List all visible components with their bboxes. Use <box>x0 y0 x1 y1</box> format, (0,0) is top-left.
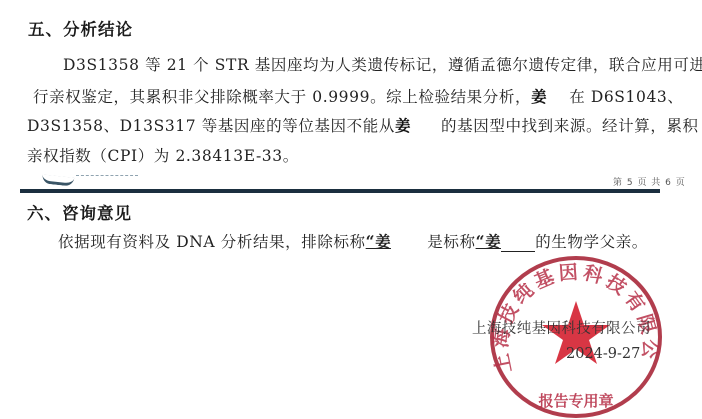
page-header-strip <box>0 160 702 200</box>
section-heading-advice: 六、咨询意见 <box>27 200 132 224</box>
redacted-name: 姜 <box>531 87 547 106</box>
conclusion-line-3: D3S1358、D13S317 等基因座的等位基因不能从姜__的基因型中找到来源… <box>27 114 699 136</box>
redaction-mask: __ <box>547 88 569 106</box>
advice-text: 是标称 <box>427 233 475 251</box>
signing-company: 上海技纯基因科技有限公司 <box>472 317 651 338</box>
signing-date: 2024-9-27 <box>566 346 640 362</box>
redaction-mask: __ <box>411 117 441 135</box>
company-logo-text <box>76 175 138 179</box>
redacted-name: “姜 <box>476 232 502 251</box>
conclusion-text: 的基因型中找到来源。经计算，累积 <box>441 117 699 135</box>
conclusion-text: D3S1358、D13S317 等基因座的等位基因不能从 <box>27 117 395 135</box>
header-divider <box>20 189 660 193</box>
advice-text: 的生物学父亲。 <box>535 233 648 251</box>
section-heading-conclusion: 五、分析结论 <box>28 16 133 40</box>
advice-text: 依据现有资料及 DNA 分析结果，排除标称 <box>58 233 366 251</box>
conclusion-text: 行亲权鉴定，其累积非父排除概率大于 0.9999。综上检验结果分析， <box>33 88 531 106</box>
advice-line-1: 依据现有资料及 DNA 分析结果，排除标称“姜__是标称“姜__的生物学父亲。 <box>58 230 648 252</box>
redacted-name: 姜 <box>395 116 411 135</box>
seal-bottom-text: 报告专用章 <box>538 392 613 410</box>
redaction-mask: __ <box>501 233 535 252</box>
conclusion-text: 在 D6S1043、 <box>569 88 683 106</box>
conclusion-line-2: 行亲权鉴定，其累积非父排除概率大于 0.9999。综上检验结果分析，姜__在 D… <box>33 85 683 107</box>
redaction-mask: __ <box>391 233 427 251</box>
redacted-name: “姜 <box>366 232 392 251</box>
conclusion-line-1: D3S1358 等 21 个 STR 基因座均为人类遗传标记，遵循孟德尔遗传定律… <box>63 53 702 75</box>
page-number: 第 5 页 共 6 页 <box>613 175 686 188</box>
